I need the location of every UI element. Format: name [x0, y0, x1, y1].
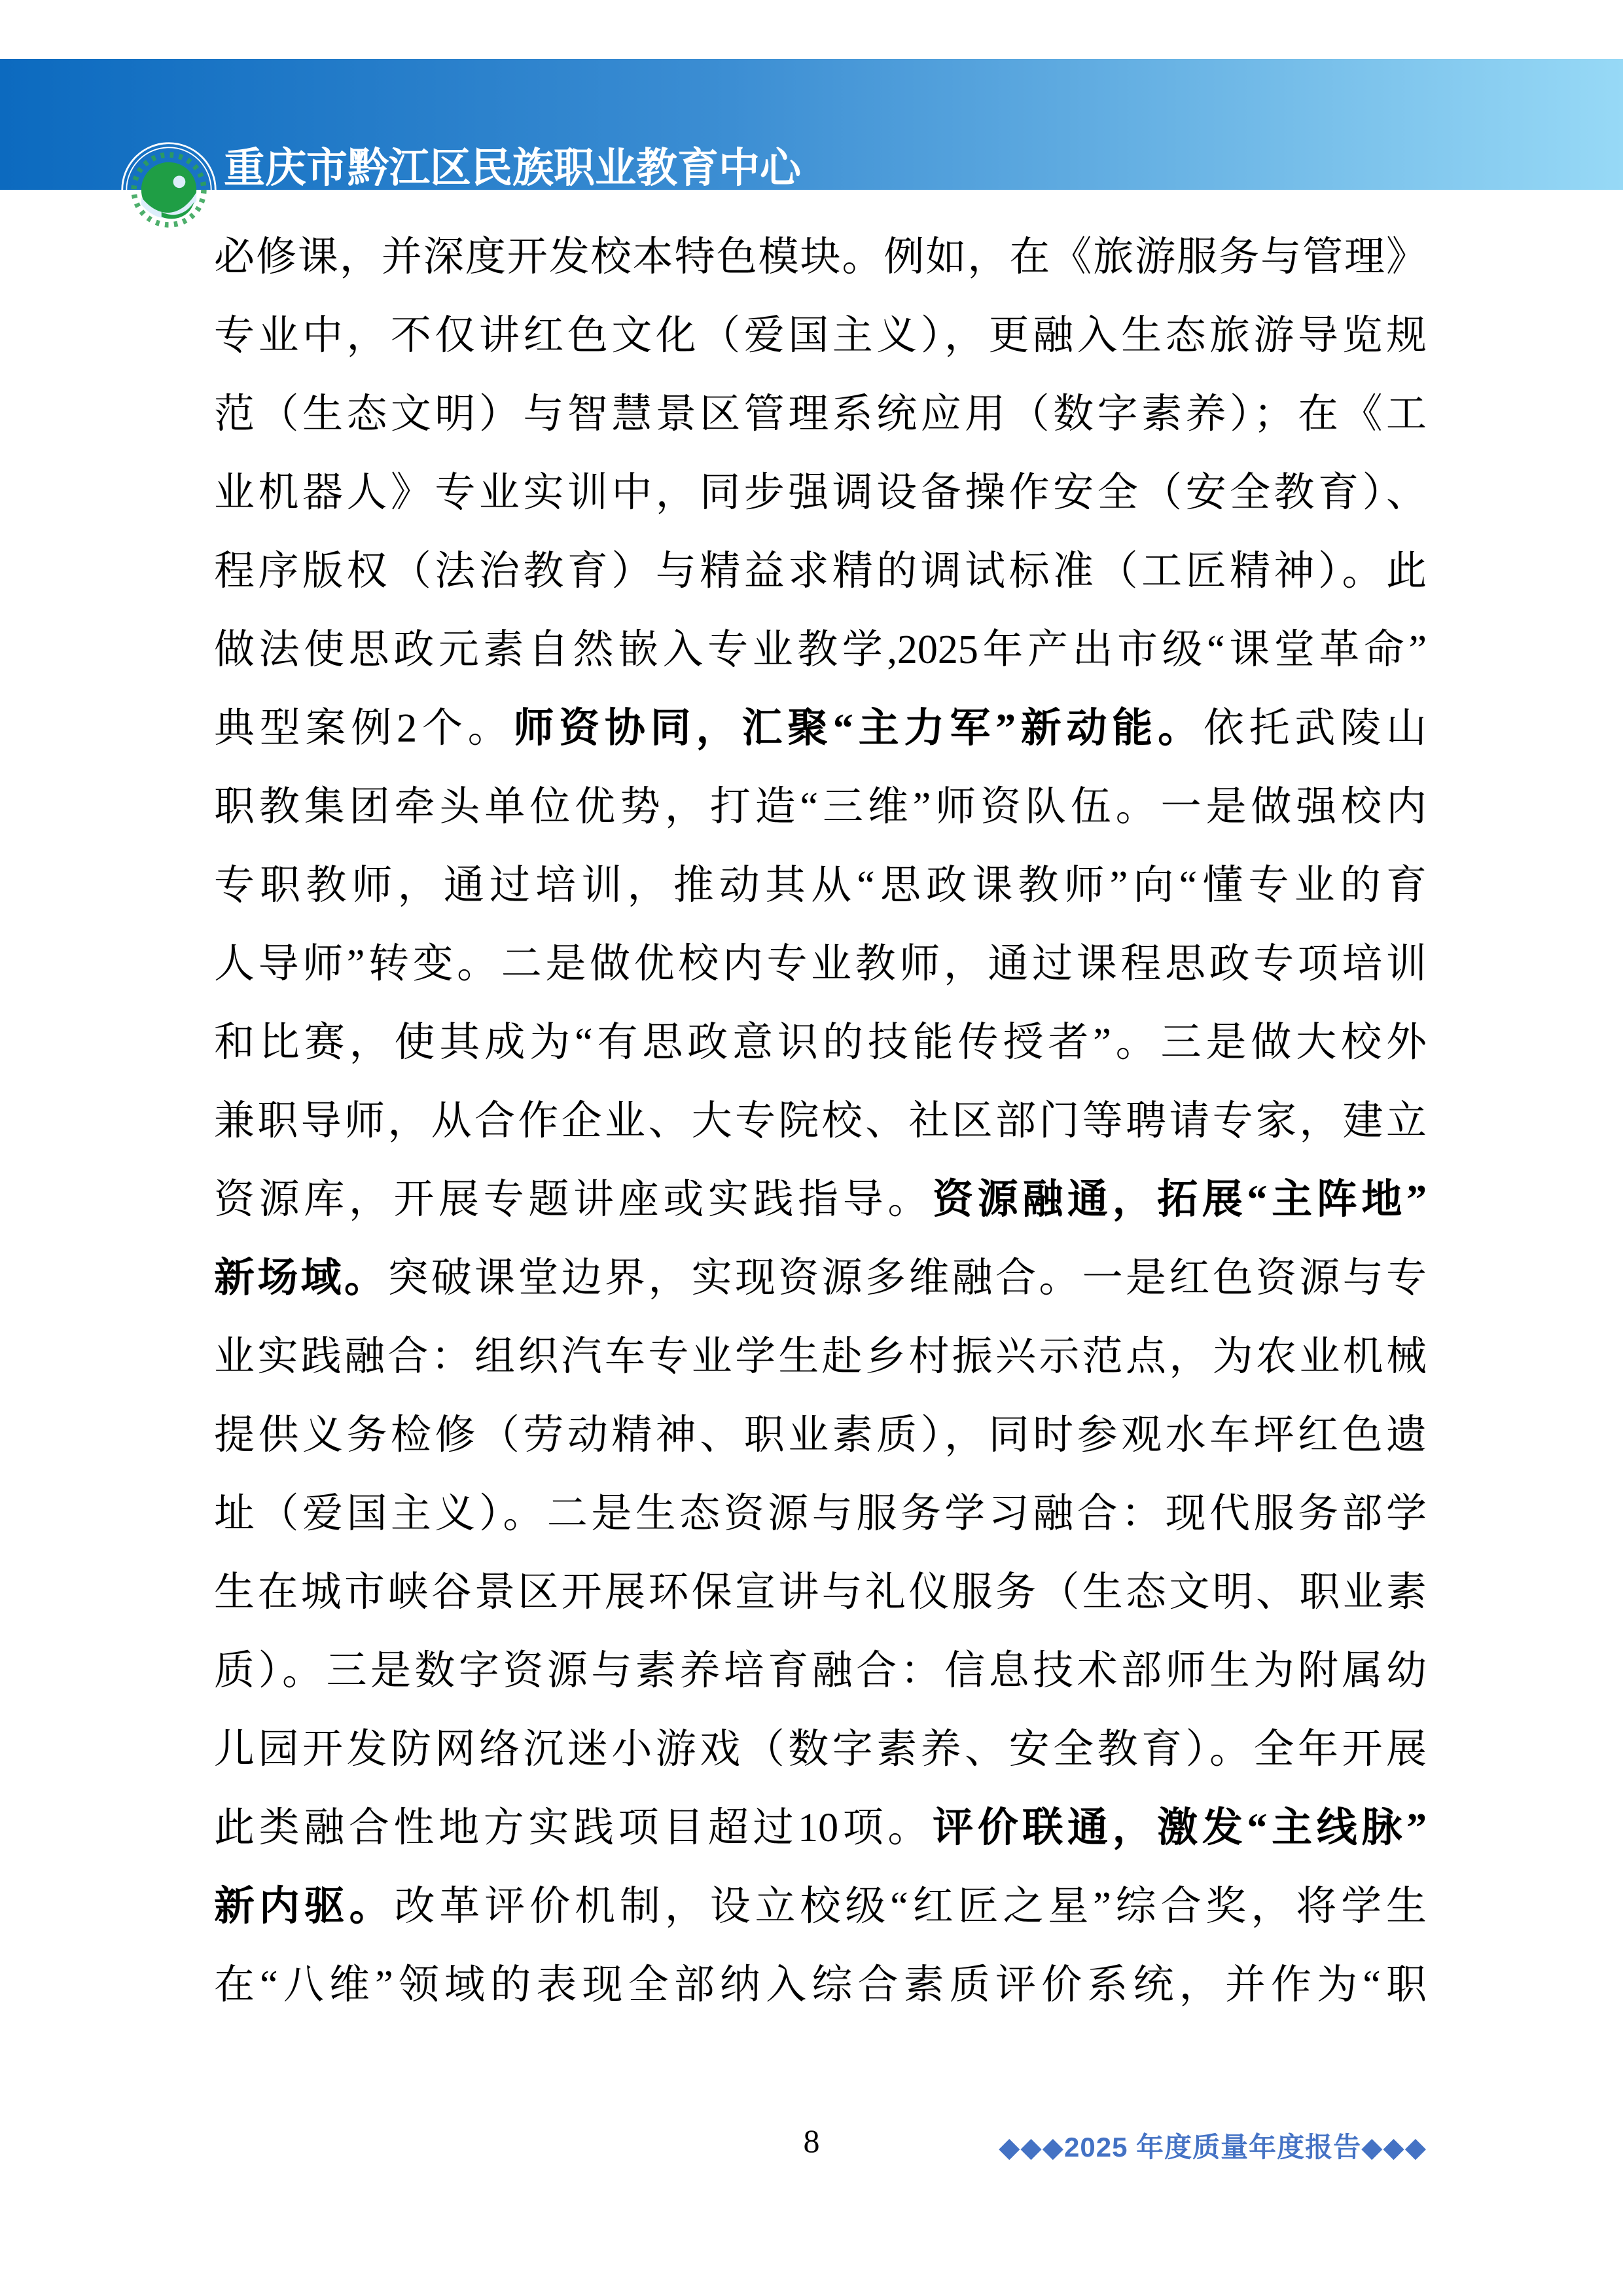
text-segment: 此类融合性地方实践项目超过10项。: [214, 1806, 933, 1850]
text-segment: 址（爱国主义）。二是生态资源与服务学习融合：现代服务部学: [214, 1492, 1427, 1536]
text-line: 和比赛，使其成为“有思政意识的技能传授者”。三是做大校外: [214, 1003, 1427, 1082]
text-line: 资源库，开展专题讲座或实践指导。资源融通，拓展“主阵地”: [214, 1160, 1427, 1239]
text-line: 做法使思政元素自然嵌入专业教学,2025年产出市级“课堂革命”: [214, 611, 1427, 689]
text-segment: 典型案例2个。: [214, 706, 513, 751]
text-line: 在“八维”领域的表现全部纳入综合素质评价系统，并作为“职: [214, 1946, 1427, 2024]
footer-report-title: ◆◆◆2025 年度质量年度报告◆◆◆: [999, 2126, 1427, 2165]
text-segment: 依托武陵山: [1204, 706, 1427, 751]
text-segment: 提供义务检修（劳动精神、职业素质），同时参观水车坪红色遗: [214, 1413, 1427, 1458]
text-line: 业实践融合：组织汽车专业学生赴乡村振兴示范点，为农业机械: [214, 1318, 1427, 1396]
text-segment: 改革评价机制，设立校级“红匠之星”综合奖，将学生: [395, 1884, 1427, 1929]
header-banner: 重庆市黔江区民族职业教育中心 CHONGQING SHI QIANJIANG Q…: [0, 59, 1623, 190]
text-segment: 专业中，不仅讲红色文化（爱国主义），更融入生态旅游导览规: [214, 314, 1427, 358]
text-segment: 生在城市峡谷景区开展环保宣讲与礼仪服务（生态文明、职业素: [214, 1570, 1427, 1615]
text-line: 专职教师，通过培训，推动其从“思政课教师”向“懂专业的育: [214, 846, 1427, 925]
text-line: 范（生态文明）与智慧景区管理系统应用（数字素养）；在《工: [214, 375, 1427, 454]
text-segment: 业实践融合：组织汽车专业学生赴乡村振兴示范点，为农业机械: [214, 1335, 1427, 1379]
text-line: 此类融合性地方实践项目超过10项。评价联通，激发“主线脉”: [214, 1789, 1427, 1867]
text-line: 儿园开发防网络沉迷小游戏（数字素养、安全教育）。全年开展: [214, 1710, 1427, 1789]
text-segment: 做法使思政元素自然嵌入专业教学,2025年产出市级“课堂革命”: [214, 628, 1427, 672]
text-segment: 人导师”转变。二是做优校内专业教师，通过课程思政专项培训: [214, 942, 1427, 986]
text-line: 程序版权（法治教育）与精益求精的调试标准（工匠精神）。此: [214, 532, 1427, 611]
text-segment: 资源库，开展专题讲座或实践指导。: [214, 1177, 933, 1222]
text-segment: 和比赛，使其成为“有思政意识的技能传授者”。三是做大校外: [214, 1020, 1427, 1065]
text-line: 业机器人》专业实训中，同步强调设备操作安全（安全教育）、: [214, 454, 1427, 532]
text-line: 址（爱国主义）。二是生态资源与服务学习融合：现代服务部学: [214, 1475, 1427, 1553]
text-segment: 专职教师，通过培训，推动其从“思政课教师”向“懂专业的育: [214, 863, 1427, 908]
text-line: 人导师”转变。二是做优校内专业教师，通过课程思政专项培训: [214, 925, 1427, 1003]
bold-text-segment: 评价联通，激发“主线脉”: [933, 1806, 1427, 1850]
bold-text-segment: 师资协同，汇聚“主力军”新动能。: [513, 706, 1203, 751]
text-line: 必修课，并深度开发校本特色模块。例如，在《旅游服务与管理》: [214, 218, 1427, 296]
text-segment: 兼职导师，从合作企业、大专院校、社区部门等聘请专家，建立: [214, 1099, 1427, 1143]
bold-text-segment: 新场域。: [214, 1256, 387, 1300]
org-title-block: 重庆市黔江区民族职业教育中心 CHONGQING SHI QIANJIANG Q…: [224, 146, 899, 224]
text-line: 新场域。突破课堂边界，实现资源多维融合。一是红色资源与专: [214, 1239, 1427, 1318]
text-line: 典型案例2个。师资协同，汇聚“主力军”新动能。依托武陵山: [214, 689, 1427, 768]
text-line: 质）。三是数字资源与素养培育融合：信息技术部师生为附属幼: [214, 1632, 1427, 1710]
org-name-zh: 重庆市黔江区民族职业教育中心: [224, 146, 899, 190]
bold-text-segment: 资源融通，拓展“主阵地”: [933, 1177, 1427, 1222]
text-segment: 质）。三是数字资源与素养培育融合：信息技术部师生为附属幼: [214, 1649, 1427, 1693]
school-emblem-icon: [120, 141, 218, 239]
bold-text-segment: 新内驱。: [214, 1884, 395, 1929]
text-segment: 范（生态文明）与智慧景区管理系统应用（数字素养）；在《工: [214, 392, 1427, 437]
text-segment: 突破课堂边界，实现资源多维融合。一是红色资源与专: [387, 1256, 1427, 1300]
text-segment: 必修课，并深度开发校本特色模块。例如，在《旅游服务与管理》: [214, 235, 1427, 279]
text-segment: 程序版权（法治教育）与精益求精的调试标准（工匠精神）。此: [214, 549, 1427, 594]
text-line: 职教集团牵头单位优势，打造“三维”师资队伍。一是做强校内: [214, 768, 1427, 846]
text-line: 兼职导师，从合作企业、大专院校、社区部门等聘请专家，建立: [214, 1082, 1427, 1160]
body-text: 必修课，并深度开发校本特色模块。例如，在《旅游服务与管理》专业中，不仅讲红色文化…: [214, 218, 1427, 2024]
text-line: 生在城市峡谷景区开展环保宣讲与礼仪服务（生态文明、职业素: [214, 1553, 1427, 1632]
report-page: 重庆市黔江区民族职业教育中心 CHONGQING SHI QIANJIANG Q…: [0, 0, 1623, 2296]
text-line: 专业中，不仅讲红色文化（爱国主义），更融入生态旅游导览规: [214, 296, 1427, 375]
text-segment: 儿园开发防网络沉迷小游戏（数字素养、安全教育）。全年开展: [214, 1727, 1427, 1772]
text-segment: 业机器人》专业实训中，同步强调设备操作安全（安全教育）、: [214, 471, 1427, 515]
text-segment: 在“八维”领域的表现全部纳入综合素质评价系统，并作为“职: [214, 1963, 1427, 2007]
text-segment: 职教集团牵头单位优势，打造“三维”师资队伍。一是做强校内: [214, 785, 1427, 829]
text-line: 新内驱。改革评价机制，设立校级“红匠之星”综合奖，将学生: [214, 1867, 1427, 1946]
text-line: 提供义务检修（劳动精神、职业素质），同时参观水车坪红色遗: [214, 1396, 1427, 1475]
